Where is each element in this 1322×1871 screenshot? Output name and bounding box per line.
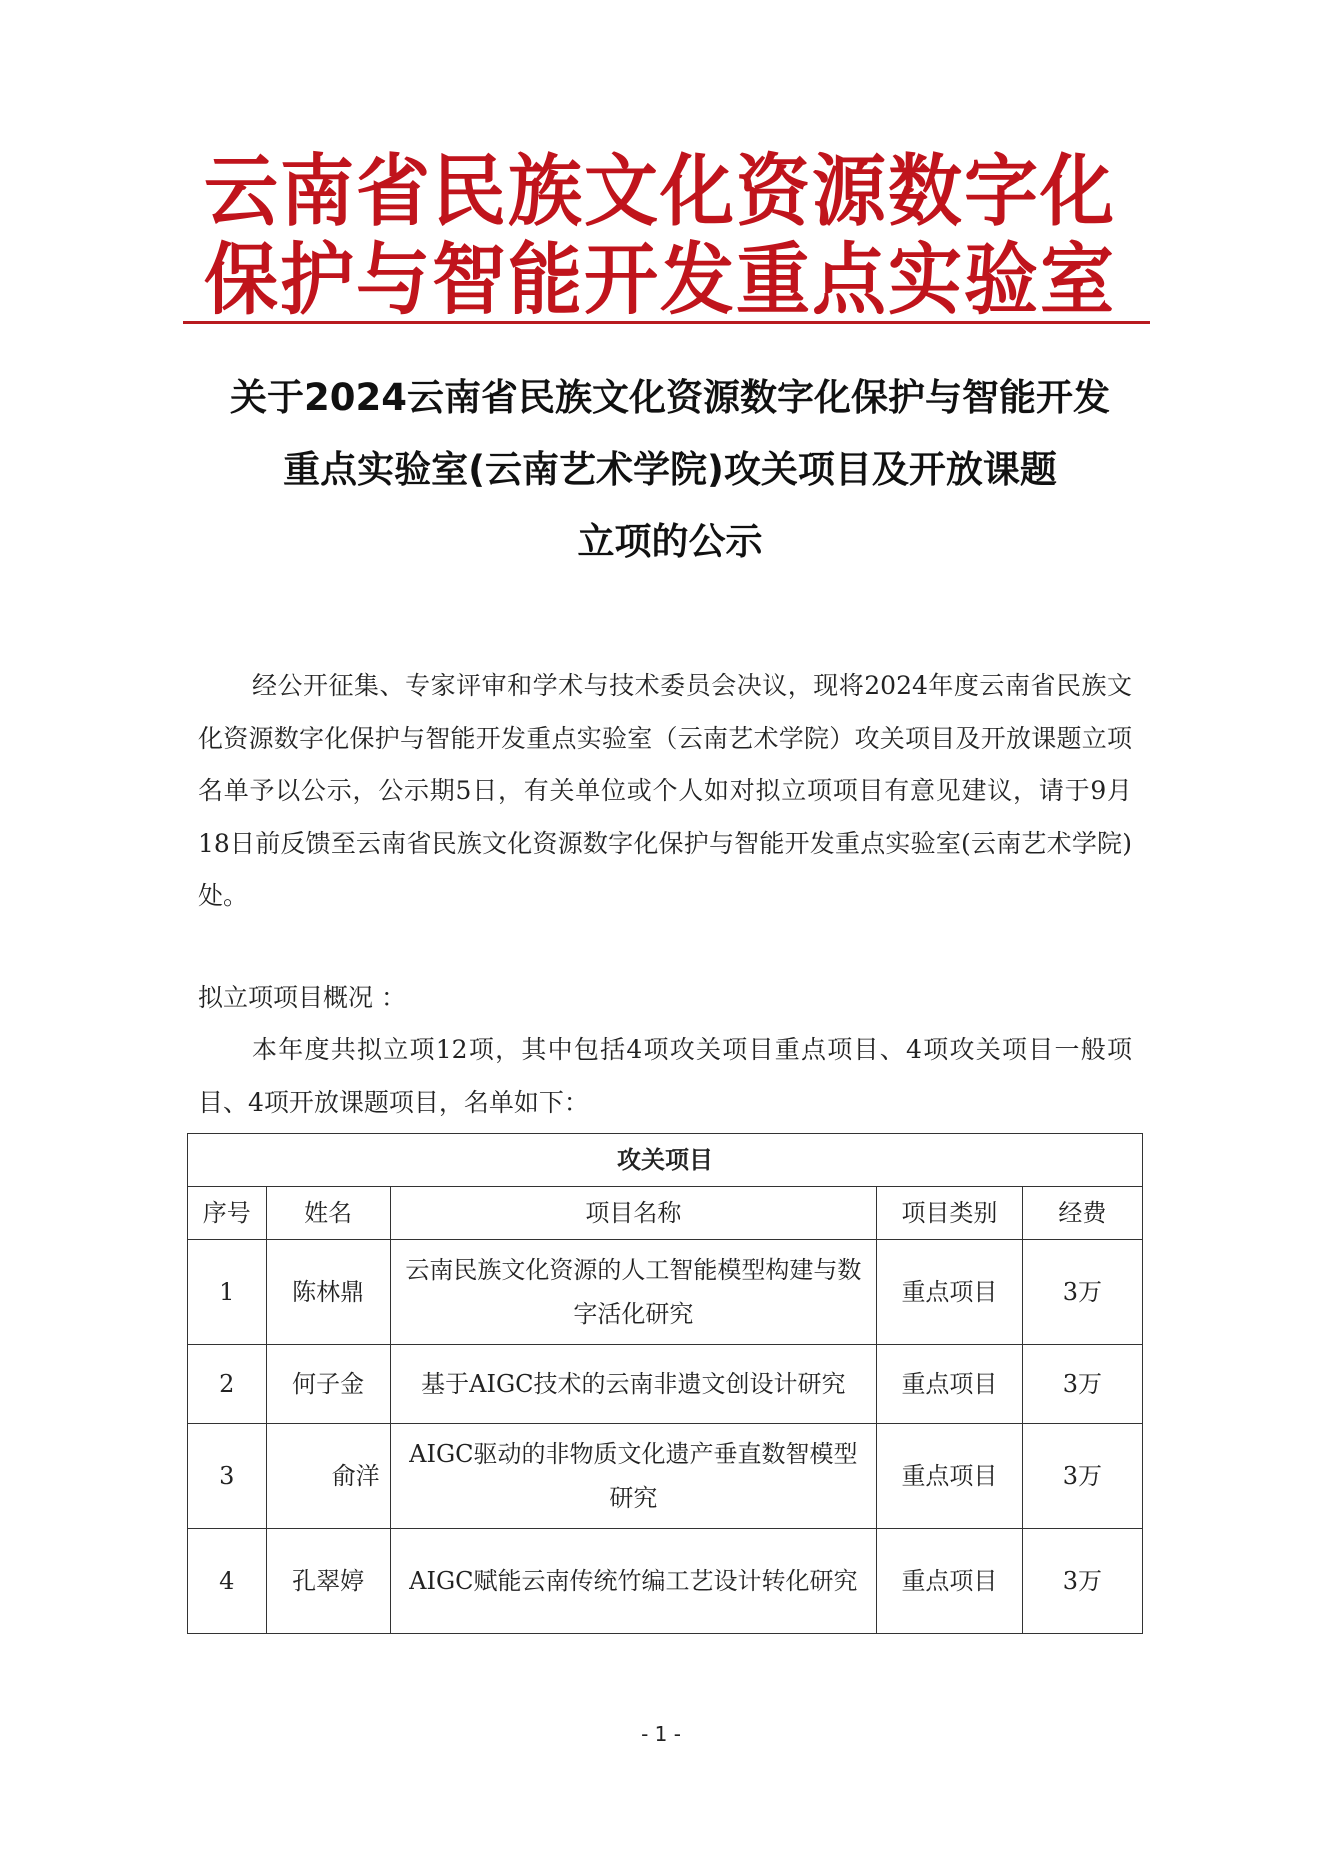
table-header-row: 序号 姓名 项目名称 项目类别 经费 xyxy=(188,1187,1143,1240)
cell-no: 1 xyxy=(188,1240,267,1345)
cell-name: 陈林鼎 xyxy=(266,1240,390,1345)
cell-name: 俞洋 xyxy=(266,1424,390,1529)
cell-title: AIGC驱动的非物质文化遗产垂直数智模型研究 xyxy=(390,1424,876,1529)
masthead-line-2: 保护与智能开发重点实验室 xyxy=(180,236,1140,324)
cell-type: 重点项目 xyxy=(877,1345,1023,1424)
summary-paragraph: 本年度共拟立项12项，其中包括4项攻关项目重点项目、4项攻关项目一般项目、4项开… xyxy=(198,1024,1132,1129)
page-number: - 1 - xyxy=(0,1722,1322,1746)
table-caption: 攻关项目 xyxy=(188,1134,1143,1187)
cell-type: 重点项目 xyxy=(877,1424,1023,1529)
header-no: 序号 xyxy=(188,1187,267,1240)
table-row: 1 陈林鼎 云南民族文化资源的人工智能模型构建与数字活化研究 重点项目 3万 xyxy=(188,1240,1143,1345)
cell-fund: 3万 xyxy=(1022,1529,1142,1634)
cell-title: 基于AIGC技术的云南非遗文创设计研究 xyxy=(390,1345,876,1424)
title-line-3: 立项的公示 xyxy=(180,506,1160,578)
title-line-1: 关于2024云南省民族文化资源数字化保护与智能开发 xyxy=(180,362,1160,434)
table-row: 3 俞洋 AIGC驱动的非物质文化遗产垂直数智模型研究 重点项目 3万 xyxy=(188,1424,1143,1529)
cell-fund: 3万 xyxy=(1022,1424,1142,1529)
masthead-divider xyxy=(183,321,1150,324)
projects-table: 攻关项目 序号 姓名 项目名称 项目类别 经费 1 陈林鼎 云南民族文化资源的人… xyxy=(187,1133,1143,1634)
header-type: 项目类别 xyxy=(877,1187,1023,1240)
cell-type: 重点项目 xyxy=(877,1529,1023,1634)
cell-type: 重点项目 xyxy=(877,1240,1023,1345)
masthead: 云南省民族文化资源数字化 保护与智能开发重点实验室 xyxy=(180,148,1140,324)
cell-no: 4 xyxy=(188,1529,267,1634)
intro-paragraph: 经公开征集、专家评审和学术与技术委员会决议，现将2024年度云南省民族文化资源数… xyxy=(198,660,1132,923)
title-line-2: 重点实验室(云南艺术学院)攻关项目及开放课题 xyxy=(180,434,1160,506)
header-name: 姓名 xyxy=(266,1187,390,1240)
document-title: 关于2024云南省民族文化资源数字化保护与智能开发 重点实验室(云南艺术学院)攻… xyxy=(180,362,1160,578)
overview-label: 拟立项项目概况 ： xyxy=(198,972,1132,1025)
cell-title: 云南民族文化资源的人工智能模型构建与数字活化研究 xyxy=(390,1240,876,1345)
cell-title: AIGC赋能云南传统竹编工艺设计转化研究 xyxy=(390,1529,876,1634)
table-row: 2 何子金 基于AIGC技术的云南非遗文创设计研究 重点项目 3万 xyxy=(188,1345,1143,1424)
cell-fund: 3万 xyxy=(1022,1345,1142,1424)
cell-no: 3 xyxy=(188,1424,267,1529)
header-fund: 经费 xyxy=(1022,1187,1142,1240)
cell-no: 2 xyxy=(188,1345,267,1424)
masthead-line-1: 云南省民族文化资源数字化 xyxy=(180,148,1140,236)
table-row: 4 孔翠婷 AIGC赋能云南传统竹编工艺设计转化研究 重点项目 3万 xyxy=(188,1529,1143,1634)
cell-name: 何子金 xyxy=(266,1345,390,1424)
cell-name: 孔翠婷 xyxy=(266,1529,390,1634)
header-title: 项目名称 xyxy=(390,1187,876,1240)
cell-fund: 3万 xyxy=(1022,1240,1142,1345)
